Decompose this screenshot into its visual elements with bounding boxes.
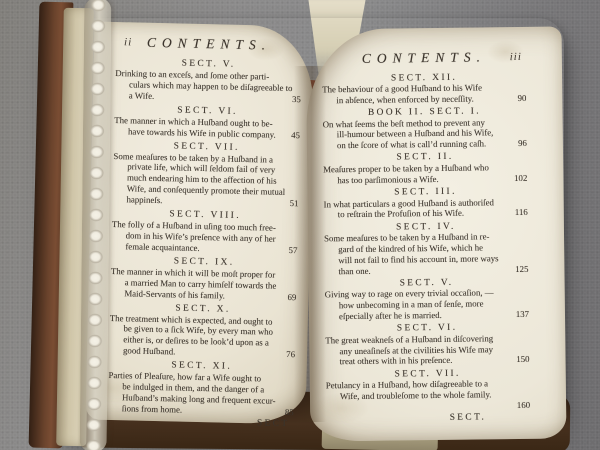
page-number: 125: [509, 263, 528, 274]
toc-line: eſpecially after he is married.137: [325, 309, 529, 322]
toc-line-text: Maid-Servants of his family.: [124, 288, 225, 301]
page-number: 45: [285, 130, 300, 141]
toc-line-text: a Wife.: [129, 90, 155, 101]
toc-line: has too parſimonious a Wife.102: [323, 173, 527, 186]
toc-line: treat others with in his preſence.150: [325, 354, 529, 367]
page-number: 150: [510, 354, 529, 365]
page-number: 160: [511, 400, 530, 411]
toc-line-text: female acquaintance.: [125, 241, 199, 254]
toc-line-text: treat others with in his preſence.: [339, 355, 452, 367]
open-book-photo: ii CONTENTS. SECT. V.Drinking to an exce…: [0, 0, 600, 450]
toc-entry: SECT. X.The treatment which is expected,…: [109, 301, 296, 360]
page-number: 116: [509, 207, 528, 218]
page-number: 96: [512, 138, 527, 149]
toc-line-text: than one.: [338, 265, 370, 276]
toc-entry: SECT. II.Meaſures proper to be taken by …: [323, 151, 527, 186]
toc-line-text: ſions from home.: [122, 403, 183, 415]
toc-entry: SECT. VII.Petulancy in a Huſband, how di…: [326, 368, 531, 413]
toc-entry: BOOK II. SECT. I.On what ſeems the beſt …: [322, 106, 527, 151]
toc-entry: SECT. VII.Some meaſures to be taken by a…: [112, 140, 299, 210]
toc-line: than one.125: [324, 263, 528, 276]
toc-line: in abſence, when enforced by neceſſity.9…: [322, 93, 526, 106]
curled-page-edges: [80, 0, 112, 450]
toc-entry: SECT. VIII.The folly of a Huſband in uſi…: [111, 208, 298, 256]
folio-number: ii: [124, 36, 132, 48]
page-number: 76: [280, 349, 295, 360]
toc-line-text: Wife, and troubleſome to the whole famil…: [340, 389, 492, 402]
page-number: 85: [279, 407, 294, 418]
page-number: 35: [286, 94, 301, 105]
page-header: CONTENTS. iii: [322, 49, 526, 71]
page-number: 102: [508, 173, 527, 184]
running-title: CONTENTS.: [147, 35, 272, 58]
toc-entry: SECT. III.In what particulars a good Huſ…: [323, 186, 527, 221]
toc-entry: SECT. VI.The great weakneſs of a Huſband…: [325, 322, 530, 367]
toc-entry: SECT. XII.The behaviour of a good Huſban…: [322, 71, 526, 106]
toc-line-text: happineſs.: [126, 194, 162, 206]
page-header: ii CONTENTS.: [116, 34, 302, 58]
toc-entry: SECT. XI.Parties of Pleaſure, how far a …: [108, 359, 295, 418]
toc-line: on the ſcore of what is call’d running c…: [323, 138, 527, 151]
page-number: 137: [510, 309, 529, 320]
toc-line-text: on the ſcore of what is call’d running c…: [337, 139, 486, 152]
toc-line: to reſtrain the Profuſion of his Wife.11…: [324, 207, 528, 220]
toc-line-text: has too parſimonious a Wife.: [337, 174, 438, 186]
page-number: 57: [282, 245, 297, 256]
toc-line-text: will not fail to find his account in, mo…: [338, 253, 498, 266]
toc-entries: SECT. XII.The behaviour of a good Huſban…: [322, 71, 530, 412]
toc-entry: SECT. V.Giving way to rage on every triv…: [325, 277, 530, 322]
toc-line-text: to reſtrain the Profuſion of his Wife.: [338, 208, 464, 220]
page-number: 90: [511, 93, 526, 104]
toc-entry: SECT. V.Drinking to an exceſs, and ſome …: [115, 57, 302, 105]
page-number: 51: [284, 198, 299, 209]
running-title: CONTENTS.: [362, 49, 486, 71]
toc-entry: SECT. IV.Some meaſures to be taken by a …: [324, 221, 529, 277]
toc-entry: SECT. IX.The manner in which it will be …: [110, 255, 297, 303]
toc-line-text: have towards his Wife in public company.: [128, 126, 276, 140]
toc-entry: SECT. VI.The manner in which a Huſband o…: [114, 104, 301, 141]
toc-line-text: good Huſband.: [123, 346, 176, 358]
catchword: SECT.: [326, 411, 530, 423]
page-number: 69: [281, 291, 296, 302]
toc-line-text: in abſence, when enforced by neceſſity.: [336, 93, 474, 105]
toc-line-text: eſpecially after he is married.: [339, 310, 442, 322]
toc-entries: SECT. V.Drinking to an exceſs, and ſome …: [108, 57, 302, 418]
book-page-right: CONTENTS. iii SECT. XII.The behaviour of…: [305, 26, 566, 441]
book-page-left: ii CONTENTS. SECT. V.Drinking to an exce…: [86, 22, 315, 425]
folio-number: iii: [510, 51, 522, 63]
